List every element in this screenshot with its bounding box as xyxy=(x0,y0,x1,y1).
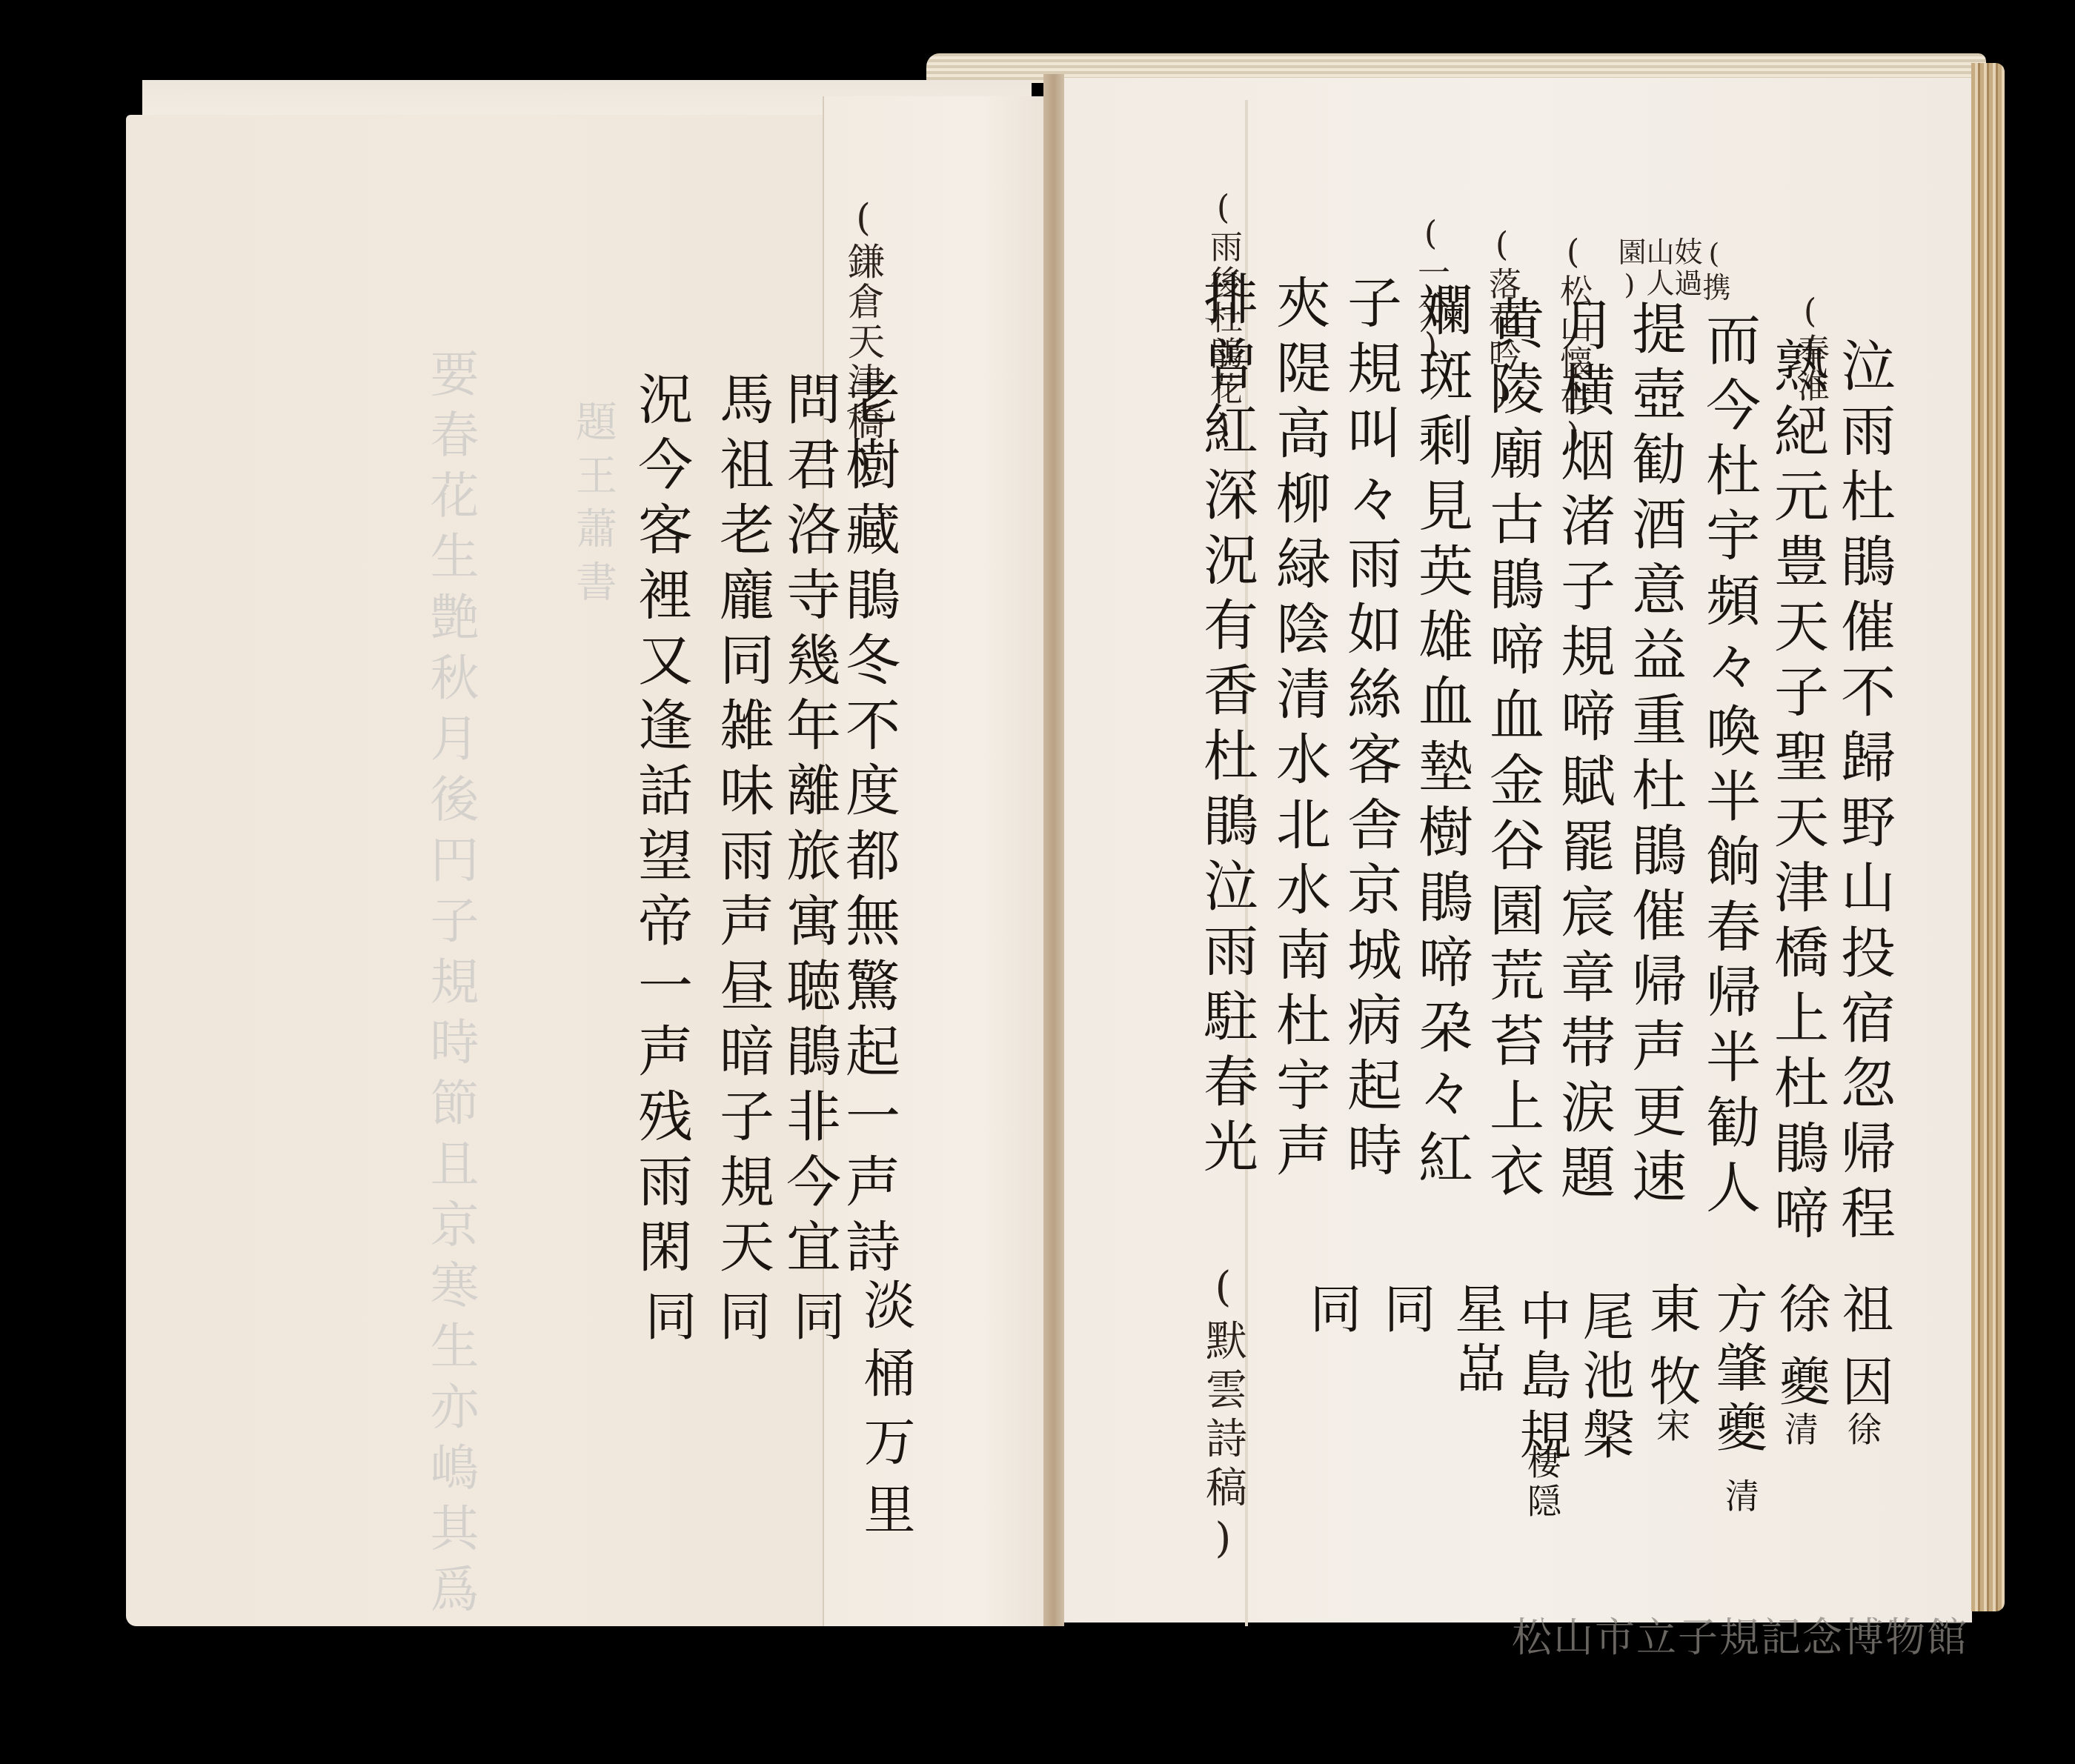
show-through-text: 題王蕭書 xyxy=(563,400,622,613)
poem-column: 月横烟渚子規啼賦罷宸章帯涙題 xyxy=(1556,296,1611,1209)
poem-column: 熟紀元豊天子聖天津橋上杜鵑啼 xyxy=(1770,337,1825,1250)
poem-column: 老樹藏鵑冬不度都無驚起一声詩 xyxy=(841,370,896,1283)
author-note: 徐 xyxy=(1845,1411,1879,1450)
author-name: 祖因 xyxy=(1838,1282,1890,1427)
author-name: 星嵓 xyxy=(1451,1282,1503,1400)
poem-column: 而今杜宇頻々喚半餉春帰半勧人 xyxy=(1701,311,1756,1224)
poem-column: 黄陵廟古鵑啼血金谷園荒苔上衣 xyxy=(1485,295,1540,1208)
poem-column: 問君洛寺幾年離旅寓聴鵑非今宜 xyxy=(782,370,837,1283)
poem-column: 排曾紅深況有香杜鵑泣雨駐春光 xyxy=(1199,270,1254,1183)
museum-watermark: 松山市立子規記念博物館 xyxy=(1512,1606,1968,1663)
source-note: 默雲詩稿 xyxy=(1202,1263,1244,1570)
author-name: 徐夔 xyxy=(1775,1282,1827,1427)
author-name: 中島規 xyxy=(1515,1289,1567,1467)
author-name: 東牧 xyxy=(1645,1282,1697,1427)
poem-column: 斕斑剩見英雄血墊樹鵑啼朶々紅 xyxy=(1414,282,1469,1194)
author-name: 方肇夔 xyxy=(1712,1282,1764,1460)
author-name: 同 xyxy=(1306,1282,1358,1354)
poem-column: 馬祖老龐同雑味雨声昼暗子規天 xyxy=(715,370,770,1283)
author-name: 同 xyxy=(1380,1282,1432,1354)
author-name: 同 xyxy=(715,1289,767,1362)
author-note: 宋 xyxy=(1654,1408,1688,1446)
author-name: 同 xyxy=(641,1289,693,1362)
author-name: 同 xyxy=(789,1289,841,1362)
author-name: 尾池槃 xyxy=(1578,1289,1630,1467)
poem-column: 泣雨杜鵑催不歸野山投宿忽帰程 xyxy=(1836,337,1891,1250)
poem-column: 況今客裡又逢話望帝一声残雨閑 xyxy=(634,370,688,1283)
poem-column: 提壺勧酒意益重杜鵑催帰声更速 xyxy=(1627,300,1682,1213)
author-note: 棲隠 xyxy=(1525,1445,1559,1522)
book-spine-gutter xyxy=(1043,74,1064,1626)
show-through-text: 要春花生艶秋月後円子規時節且京寒生亦嶋其爲 xyxy=(415,348,485,1624)
author-note: 清 xyxy=(1782,1411,1816,1450)
poem-column: 夾隄高柳緑陰清水北水南杜宇声 xyxy=(1272,274,1327,1187)
author-note: 清 xyxy=(1723,1478,1757,1517)
page-fore-edge xyxy=(1971,63,2005,1611)
poem-column: 子規叫々雨如絲客舎京城病起時 xyxy=(1343,274,1398,1187)
author-name: 淡桶万里 xyxy=(860,1278,912,1551)
